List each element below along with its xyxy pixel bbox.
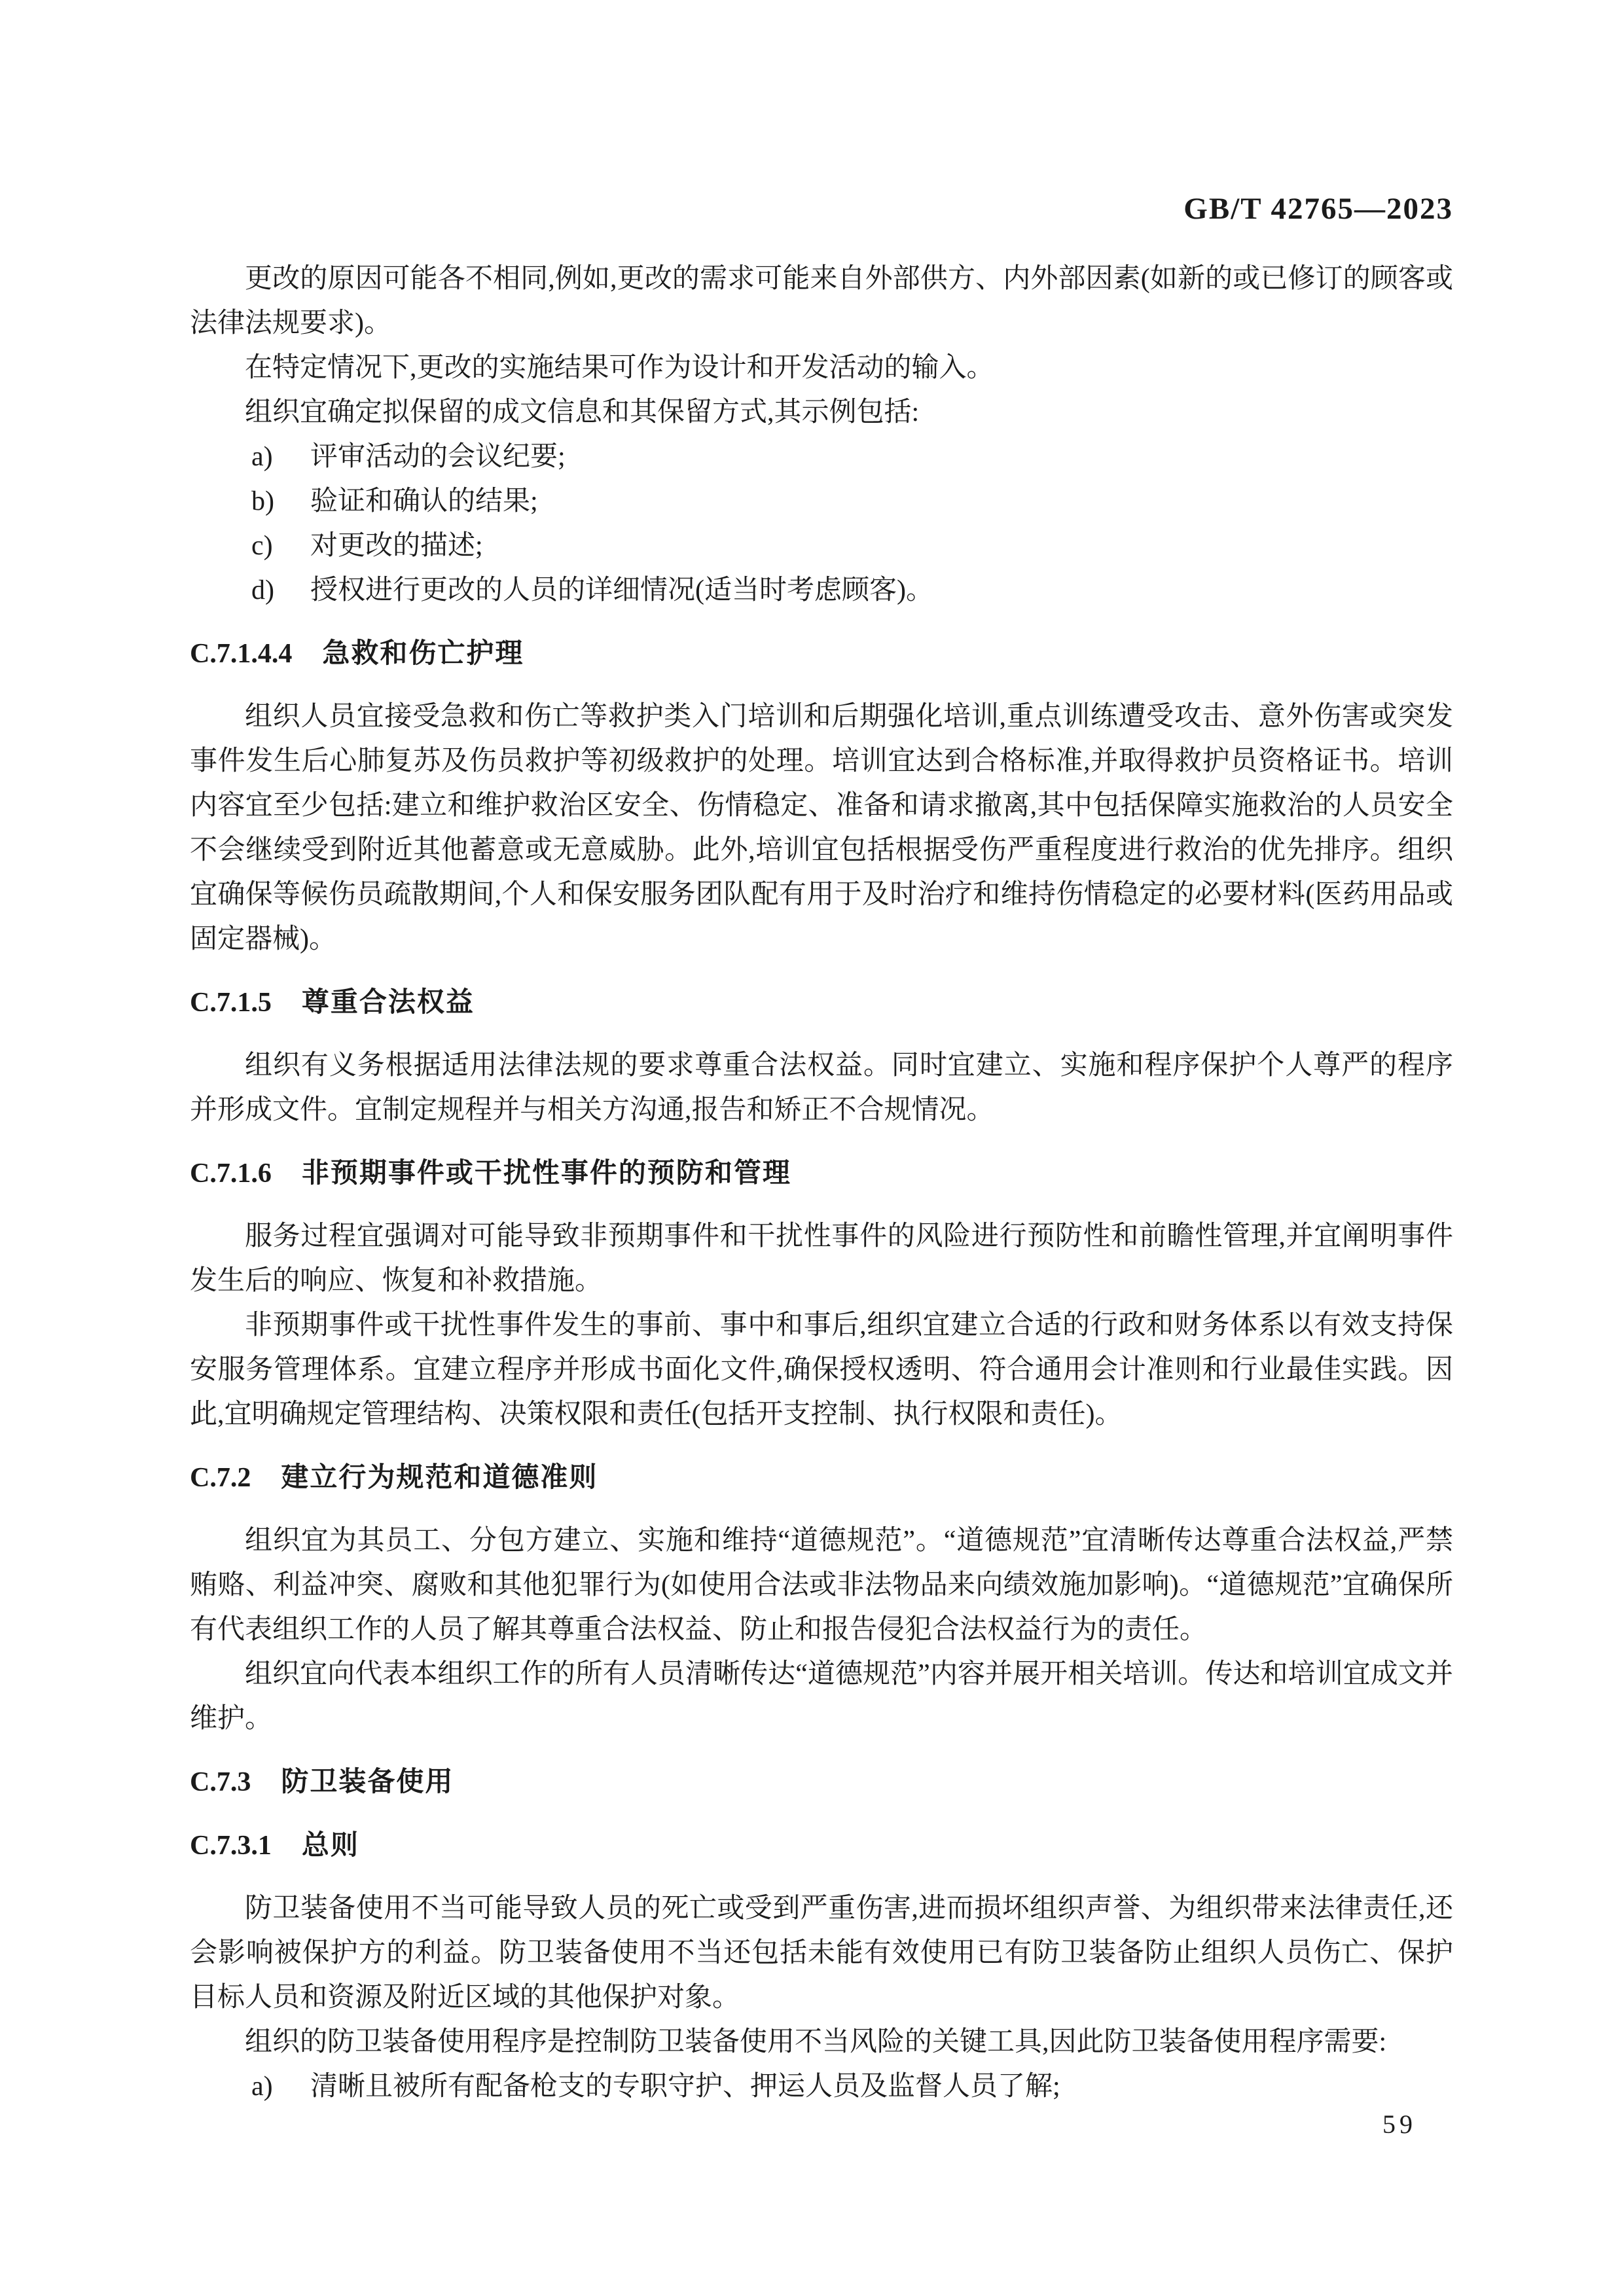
list-marker-a: a) (251, 435, 273, 479)
section-title: 总则 (302, 1829, 359, 1860)
paragraph-first-aid: 组织人员宜接受急救和伤亡等救护类入门培训和后期强化培训,重点训练遭受攻击、意外伤… (190, 694, 1453, 961)
section-heading-equipment: C.7.3防卫装备使用 (190, 1759, 1453, 1804)
paragraph-change-reasons: 更改的原因可能各不相同,例如,更改的需求可能来自外部供方、内外部因素(如新的或已… (190, 257, 1453, 346)
list-marker-c: c) (251, 524, 273, 568)
section-title: 防卫装备使用 (281, 1766, 454, 1797)
paragraph-incidents-2: 非预期事件或干扰性事件发生的事前、事中和事后,组织宜建立合适的行政和财务体系以有… (190, 1303, 1453, 1437)
section-number: C.7.1.5 (190, 988, 272, 1018)
document-body: 更改的原因可能各不相同,例如,更改的需求可能来自外部供方、内外部因素(如新的或已… (190, 257, 1453, 2109)
list-item-d: d) 授权进行更改的人员的详细情况(适当时考虑顾客)。 (190, 568, 1453, 613)
paragraph-retained-info: 组织宜确定拟保留的成文信息和其保留方式,其示例包括: (190, 390, 1453, 435)
section-heading-incidents: C.7.1.6非预期事件或干扰性事件的预防和管理 (190, 1151, 1453, 1196)
section-title: 急救和伤亡护理 (322, 637, 524, 668)
list-text-d: 授权进行更改的人员的详细情况(适当时考虑顾客)。 (310, 575, 933, 605)
section-number: C.7.1.4.4 (190, 639, 292, 669)
paragraph-equipment-1: 防卫装备使用不当可能导致人员的死亡或受到严重伤害,进而损坏组织声誉、为组织带来法… (190, 1886, 1453, 2020)
section-heading-equipment-general: C.7.3.1总则 (190, 1823, 1453, 1868)
list-item-a: a) 评审活动的会议纪要; (190, 435, 1453, 479)
section-number: C.7.1.6 (190, 1158, 272, 1189)
list-text-equipment-a: 清晰且被所有配备枪支的专职守护、押运人员及监督人员了解; (310, 2072, 1060, 2102)
list-marker-d: d) (251, 568, 274, 613)
section-title: 非预期事件或干扰性事件的预防和管理 (302, 1157, 791, 1188)
list-item-b: b) 验证和确认的结果; (190, 479, 1453, 524)
section-heading-ethics: C.7.2建立行为规范和道德准则 (190, 1455, 1453, 1500)
document-page: GB/T 42765—2023 更改的原因可能各不相同,例如,更改的需求可能来自… (0, 0, 1624, 2296)
section-number: C.7.3.1 (190, 1831, 272, 1861)
list-text-a: 评审活动的会议纪要; (310, 442, 566, 472)
section-number: C.7.3 (190, 1767, 251, 1797)
section-title: 建立行为规范和道德准则 (281, 1462, 598, 1492)
paragraph-ethics-1: 组织宜为其员工、分包方建立、实施和维持“道德规范”。“道德规范”宜清晰传达尊重合… (190, 1518, 1453, 1652)
list-item-c: c) 对更改的描述; (190, 524, 1453, 568)
standard-code-header: GB/T 42765—2023 (1183, 191, 1453, 226)
paragraph-change-input: 在特定情况下,更改的实施结果可作为设计和开发活动的输入。 (190, 346, 1453, 390)
page-number: 59 (1382, 2109, 1416, 2140)
paragraph-equipment-2: 组织的防卫装备使用程序是控制防卫装备使用不当风险的关键工具,因此防卫装备使用程序… (190, 2020, 1453, 2064)
list-text-c: 对更改的描述; (310, 531, 483, 561)
paragraph-incidents-1: 服务过程宜强调对可能导致非预期事件和干扰性事件的风险进行预防性和前瞻性管理,并宜… (190, 1214, 1453, 1303)
section-heading-rights: C.7.1.5尊重合法权益 (190, 980, 1453, 1025)
list-marker-b: b) (251, 479, 274, 524)
list-marker-equipment-a: a) (251, 2064, 273, 2109)
section-title: 尊重合法权益 (302, 986, 475, 1017)
list-item-equipment-a: a) 清晰且被所有配备枪支的专职守护、押运人员及监督人员了解; (190, 2064, 1453, 2109)
section-heading-first-aid: C.7.1.4.4急救和伤亡护理 (190, 631, 1453, 676)
list-text-b: 验证和确认的结果; (310, 486, 538, 516)
section-number: C.7.2 (190, 1463, 251, 1493)
paragraph-ethics-2: 组织宜向代表本组织工作的所有人员清晰传达“道德规范”内容并展开相关培训。传达和培… (190, 1652, 1453, 1741)
paragraph-rights: 组织有义务根据适用法律法规的要求尊重合法权益。同时宜建立、实施和程序保护个人尊严… (190, 1043, 1453, 1132)
